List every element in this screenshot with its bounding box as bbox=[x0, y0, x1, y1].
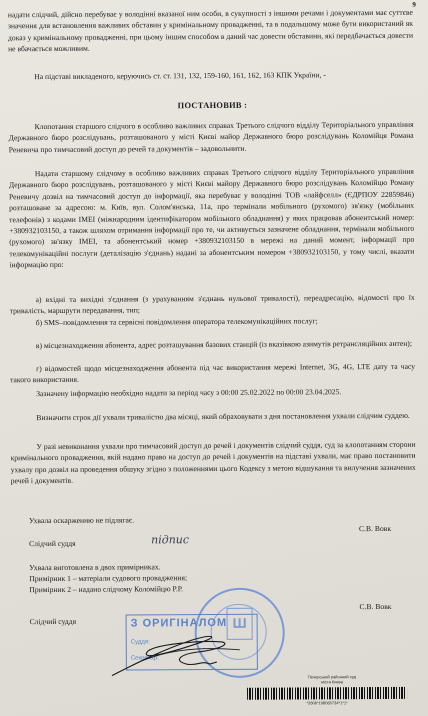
ruling-paragraph-2: Надати старшому слідчому в особливо важл… bbox=[9, 166, 415, 271]
court-label: Печерський районний суд міста Києва bbox=[292, 674, 372, 684]
judge-name-2: С.В. Вовк bbox=[359, 601, 391, 612]
copies-line-3: Примірник 2 – надано слідчому Коломійцю … bbox=[29, 583, 183, 595]
legal-basis: На підставі викладеного, керуючись ст. с… bbox=[8, 69, 413, 83]
appeal-note: Ухвала оскарженню не підлягає. bbox=[29, 514, 134, 526]
intro-paragraph: надати слідчий, дійсно перебуває у волод… bbox=[8, 7, 413, 55]
judge-role-2: Слідчий суддя bbox=[30, 616, 77, 627]
ink-signature-icon bbox=[102, 620, 242, 681]
noncompliance-paragraph: У разі невиконання ухвали про тимчасовий… bbox=[11, 439, 416, 487]
ruling-paragraph-1: Клопотання старшого слідчого в особливо … bbox=[9, 119, 414, 156]
list-item-d: г) відомостей щодо місцезнаходження абон… bbox=[10, 361, 415, 386]
document-page: 9 надати слідчий, дійсно перебуває у вол… bbox=[0, 0, 428, 716]
court-label-line-2: міста Києва bbox=[292, 679, 372, 684]
term-paragraph: Визначити строк дії ухвали тривалістю дв… bbox=[10, 410, 415, 424]
list-item-b: б) SMS–повідомлення та сервісні повідомл… bbox=[10, 315, 415, 329]
list-item-c: в) місцезнаходження абонента, адрес розт… bbox=[10, 338, 415, 352]
judge-role-1: Слідчий суддя bbox=[29, 538, 76, 549]
period-paragraph: Зазначену інформацію необхідно надати за… bbox=[10, 386, 415, 400]
copies-line-1: Ухвала виготовлена в двох примірниках. bbox=[29, 561, 160, 573]
judge-name-1: С.В. Вовк bbox=[359, 523, 391, 534]
list-item-a: а) вхідні та вихідні з'єднання (з урахув… bbox=[10, 292, 415, 317]
ruling-heading: ПОСТАНОВИВ : bbox=[0, 100, 426, 112]
handwritten-signature: підпис bbox=[151, 533, 189, 546]
barcode-text: *2606*108065734*1*1* bbox=[247, 700, 407, 706]
barcode bbox=[247, 687, 407, 700]
